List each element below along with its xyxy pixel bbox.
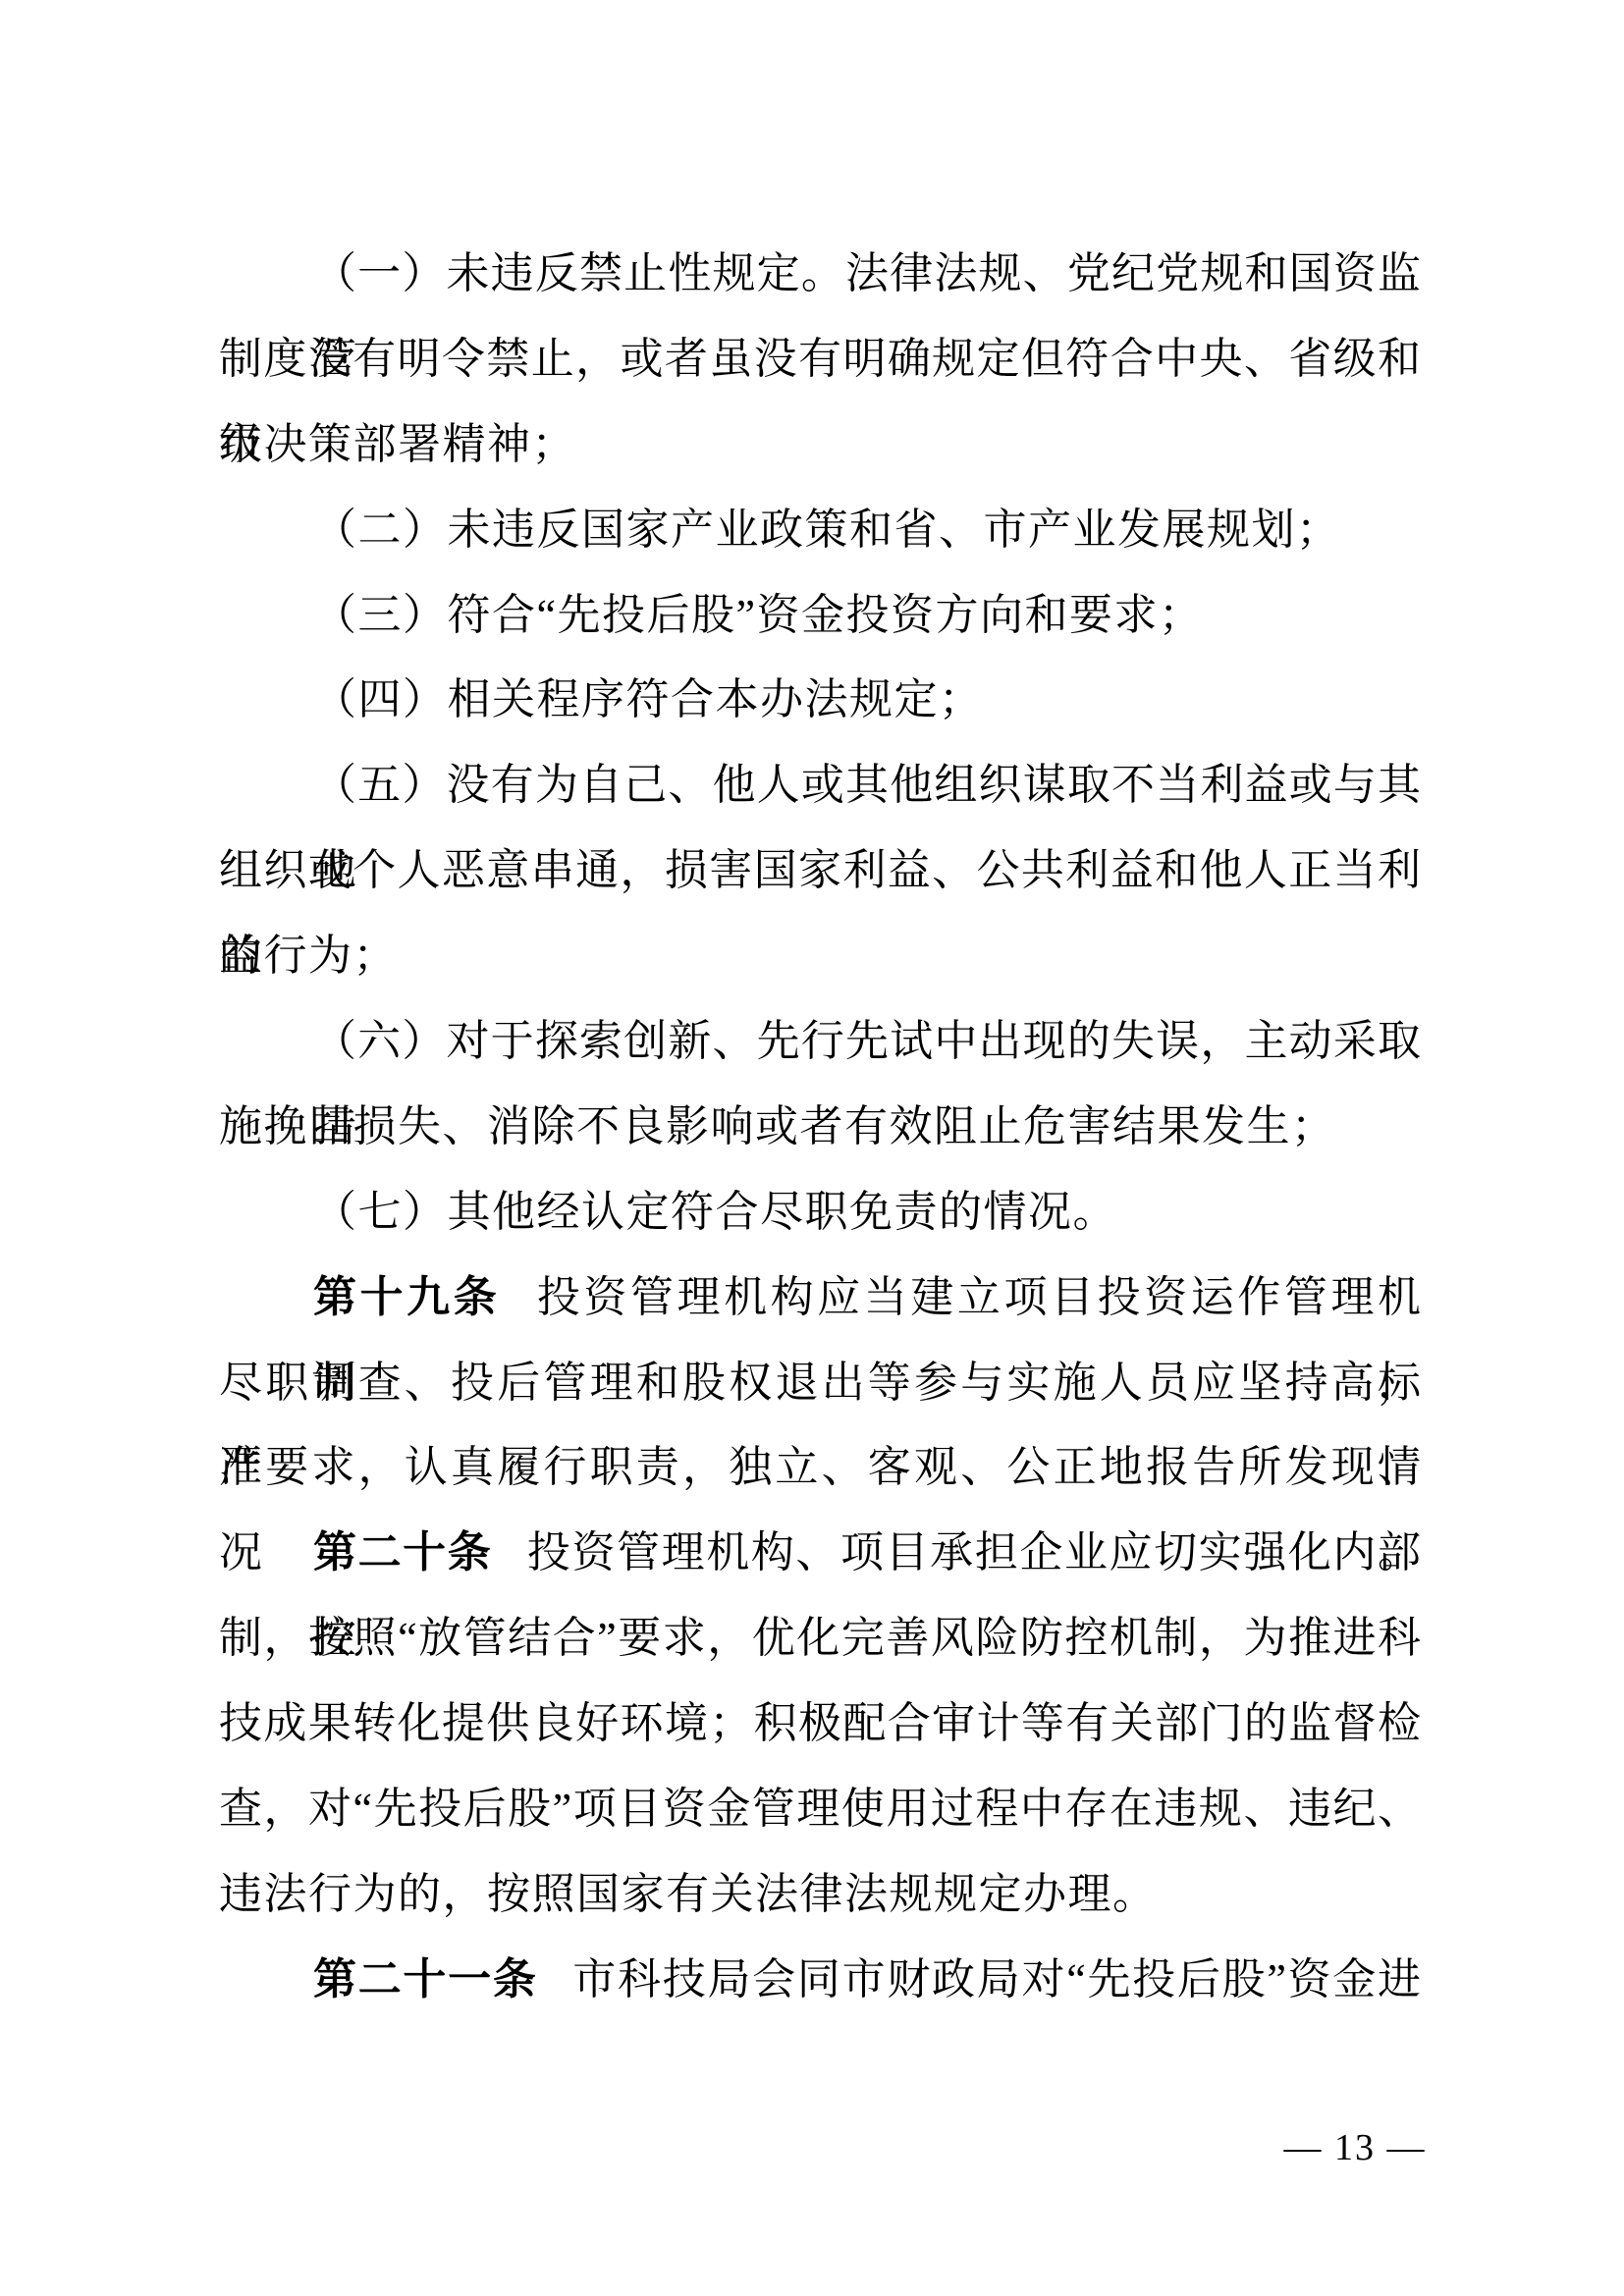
text-line: （三）符合“先投后股”资金投资方向和要求； (219, 573, 1421, 659)
text-line: 违法行为的，按照国家有关法律法规规定办理。 (219, 1852, 1421, 1938)
line-text: 施挽回损失、消除不良影响或者有效阻止危害结果发生； (219, 1102, 1336, 1150)
text-line: （一）未违反禁止性规定。法律法规、党纪党规和国资监管 (219, 232, 1421, 317)
text-line: 技成果转化提供良好环境；积极配合审计等有关部门的监督检 (219, 1682, 1421, 1767)
head-gap (500, 1310, 533, 1311)
head-gap (492, 1566, 525, 1567)
text-line: 制度没有明令禁止，或者虽没有明确规定但符合中央、省级和市 (219, 317, 1421, 402)
line-text: 市科技局会同市财政局对“先投后股”资金进 (571, 1955, 1421, 2003)
article-number: 第二十一条 (313, 1955, 538, 2003)
line-text: 查，对“先投后股”项目资金管理使用过程中存在违规、违纪、 (219, 1785, 1421, 1833)
text-line: （二）未违反国家产业政策和省、市产业发展规划； (219, 488, 1421, 573)
text-line: 查，对“先投后股”项目资金管理使用过程中存在违规、违纪、 (219, 1767, 1421, 1852)
text-line: （五）没有为自己、他人或其他组织谋取不当利益或与其他 (219, 743, 1421, 828)
text-line: 尽职调查、投后管理和股权退出等参与实施人员应坚持高标准、 (219, 1341, 1421, 1426)
line-text: （四）相关程序符合本办法规定； (313, 675, 984, 723)
page-number: — 13 — (1276, 2123, 1434, 2172)
text-line: （七）其他经认定符合尽职免责的情况。 (219, 1170, 1421, 1255)
text-line: 的行为； (219, 914, 1421, 999)
text-line: 第二十一条市科技局会同市财政局对“先投后股”资金进 (219, 1938, 1421, 2023)
line-text: 违法行为的，按照国家有关法律法规规定办理。 (219, 1870, 1158, 1918)
line-text: 的行为； (219, 932, 398, 980)
text-line: （六）对于探索创新、先行先试中出现的失误，主动采取措 (219, 999, 1421, 1085)
line-text: 制，按照“放管结合”要求，优化完善风险防控机制，为推进科 (219, 1614, 1421, 1662)
text-line: 施挽回损失、消除不良影响或者有效阻止危害结果发生； (219, 1085, 1421, 1170)
line-text: 技成果转化提供良好环境；积极配合审计等有关部门的监督检 (219, 1699, 1421, 1747)
line-text: 级决策部署精神； (219, 420, 576, 468)
text-line: 级决策部署精神； (219, 402, 1421, 488)
text-line: （四）相关程序符合本办法规定； (219, 658, 1421, 743)
line-text: （二）未违反国家产业政策和省、市产业发展规划； (313, 506, 1341, 554)
article-number: 第二十条 (313, 1528, 492, 1576)
article-number: 第十九条 (313, 1273, 500, 1321)
line-text: （七）其他经认定符合尽职免责的情况。 (313, 1188, 1117, 1236)
document-page: （一）未违反禁止性规定。法律法规、党纪党规和国资监管 制度没有明令禁止，或者虽没… (0, 0, 1624, 2296)
text-line: 第二十条投资管理机构、项目承担企业应切实强化内部控 (219, 1511, 1421, 1596)
text-line: 第十九条投资管理机构应当建立项目投资运作管理机制， (219, 1255, 1421, 1341)
text-line: 组织或个人恶意串通，损害国家利益、公共利益和他人正当利益 (219, 828, 1421, 914)
text-block: （一）未违反禁止性规定。法律法规、党纪党规和国资监管 制度没有明令禁止，或者虽没… (219, 232, 1421, 2023)
text-line: 制，按照“放管结合”要求，优化完善风险防控机制，为推进科 (219, 1596, 1421, 1682)
line-text: （三）符合“先投后股”资金投资方向和要求； (313, 591, 1204, 639)
text-line: 严要求，认真履行职责，独立、客观、公正地报告所发现情况。 (219, 1425, 1421, 1511)
head-gap (538, 1993, 571, 1994)
